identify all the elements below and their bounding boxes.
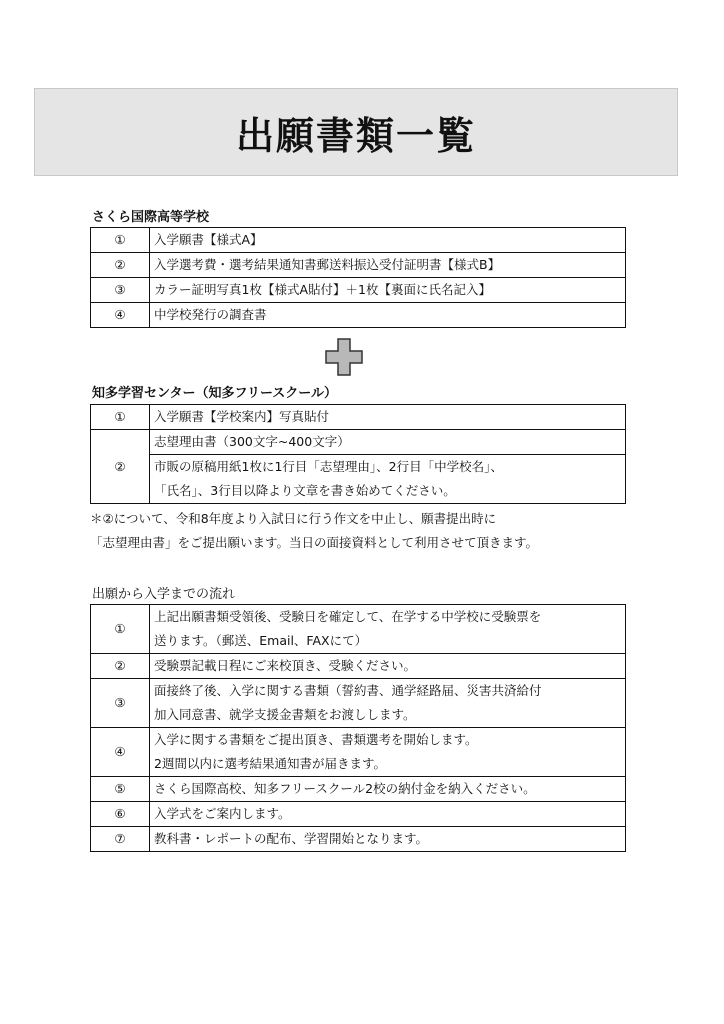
table-row: ③面接終了後、入学に関する書類（誓約書、通学経路届、災害共済給付加入同意書、就学… (91, 679, 626, 728)
flow-table: ①上記出願書類受領後、受験日を確定して、在学する中学校に受験票を送ります。（郵送… (90, 604, 626, 852)
row-text-line: 上記出願書類受領後、受験日を確定して、在学する中学校に受験票を (154, 605, 621, 629)
note-line: ＊②について、令和8年度より入試日に行う作文を中止し、願書提出時に (90, 507, 538, 531)
row-text-line: 加入同意書、就学支援金書類をお渡しします。 (154, 703, 621, 727)
row-number: ① (91, 605, 150, 654)
page: 出願書類一覧 さくら国際高等学校 ①入学願書【様式A】 ②入学選考費・選考結果通… (0, 0, 724, 1024)
chita-heading: 知多学習センター（知多フリースクール） (92, 382, 337, 401)
row-number: ② (91, 430, 150, 504)
row-number: ⑥ (91, 802, 150, 827)
table-row: ①入学願書【様式A】 (91, 228, 626, 253)
plus-icon (325, 338, 363, 376)
row-text: さくら国際高校、知多フリースクール2校の納付金を納入ください。 (150, 777, 626, 802)
table-row: ②志望理由書（300文字~400文字） (91, 430, 626, 455)
row-number: ③ (91, 278, 150, 303)
row-number: ④ (91, 728, 150, 777)
note-line: 「志望理由書」をご提出願います。当日の面接資料として利用させて頂きます。 (90, 531, 538, 555)
row-text-line: 市販の原稿用紙1枚に1行目「志望理由」、2行目「中学校名」、 (154, 455, 621, 479)
row-text-line: 2週間以内に選考結果通知書が届きます。 (154, 752, 621, 776)
row-number: ② (91, 253, 150, 278)
row-text-line: 送ります。（郵送、Email、FAXにて） (154, 629, 621, 653)
row-number: ① (91, 405, 150, 430)
row-text-line: 入学に関する書類をご提出頂き、書類選考を開始します。 (154, 728, 621, 752)
row-text: 入学に関する書類をご提出頂き、書類選考を開始します。2週間以内に選考結果通知書が… (150, 728, 626, 777)
table-row: ②受験票記載日程にご来校頂き、受験ください。 (91, 654, 626, 679)
row-text: 入学式をご案内します。 (150, 802, 626, 827)
row-text: 入学選考費・選考結果通知書郵送料振込受付証明書【様式B】 (150, 253, 626, 278)
sakura-heading: さくら国際高等学校 (92, 206, 209, 225)
page-title: 出願書類一覧 (236, 105, 476, 160)
table-row: ⑥入学式をご案内します。 (91, 802, 626, 827)
row-text-line: 「氏名」、3行目以降より文章を書き始めてください。 (154, 479, 621, 503)
sakura-table: ①入学願書【様式A】 ②入学選考費・選考結果通知書郵送料振込受付証明書【様式B】… (90, 227, 626, 328)
row-number: ④ (91, 303, 150, 328)
row-number: ② (91, 654, 150, 679)
row-number: ① (91, 228, 150, 253)
table-row: ②入学選考費・選考結果通知書郵送料振込受付証明書【様式B】 (91, 253, 626, 278)
row-number: ⑦ (91, 827, 150, 852)
flow-heading: 出願から入学までの流れ (92, 583, 235, 602)
row-text: 受験票記載日程にご来校頂き、受験ください。 (150, 654, 626, 679)
title-banner: 出願書類一覧 (34, 88, 678, 176)
table-row: ③カラー証明写真1枚【様式A貼付】＋1枚【裏面に氏名記入】 (91, 278, 626, 303)
row-text: 市販の原稿用紙1枚に1行目「志望理由」、2行目「中学校名」、「氏名」、3行目以降… (150, 455, 626, 504)
table-row: ①入学願書【学校案内】写真貼付 (91, 405, 626, 430)
row-text: 教科書・レポートの配布、学習開始となります。 (150, 827, 626, 852)
table-row: ⑤さくら国際高校、知多フリースクール2校の納付金を納入ください。 (91, 777, 626, 802)
table-row: ①上記出願書類受領後、受験日を確定して、在学する中学校に受験票を送ります。（郵送… (91, 605, 626, 654)
row-text-line: 面接終了後、入学に関する書類（誓約書、通学経路届、災害共済給付 (154, 679, 621, 703)
row-number: ⑤ (91, 777, 150, 802)
row-number: ③ (91, 679, 150, 728)
row-text: カラー証明写真1枚【様式A貼付】＋1枚【裏面に氏名記入】 (150, 278, 626, 303)
row-text: 志望理由書（300文字~400文字） (150, 430, 626, 455)
note: ＊②について、令和8年度より入試日に行う作文を中止し、願書提出時に 「志望理由書… (90, 507, 538, 555)
row-text: 中学校発行の調査書 (150, 303, 626, 328)
row-text: 上記出願書類受領後、受験日を確定して、在学する中学校に受験票を送ります。（郵送、… (150, 605, 626, 654)
table-row: ④入学に関する書類をご提出頂き、書類選考を開始します。2週間以内に選考結果通知書… (91, 728, 626, 777)
table-row: ⑦教科書・レポートの配布、学習開始となります。 (91, 827, 626, 852)
row-text: 入学願書【様式A】 (150, 228, 626, 253)
table-row: ④中学校発行の調査書 (91, 303, 626, 328)
row-text: 入学願書【学校案内】写真貼付 (150, 405, 626, 430)
table-row: 市販の原稿用紙1枚に1行目「志望理由」、2行目「中学校名」、「氏名」、3行目以降… (91, 455, 626, 504)
chita-table: ①入学願書【学校案内】写真貼付 ②志望理由書（300文字~400文字） 市販の原… (90, 404, 626, 504)
row-text: 面接終了後、入学に関する書類（誓約書、通学経路届、災害共済給付加入同意書、就学支… (150, 679, 626, 728)
